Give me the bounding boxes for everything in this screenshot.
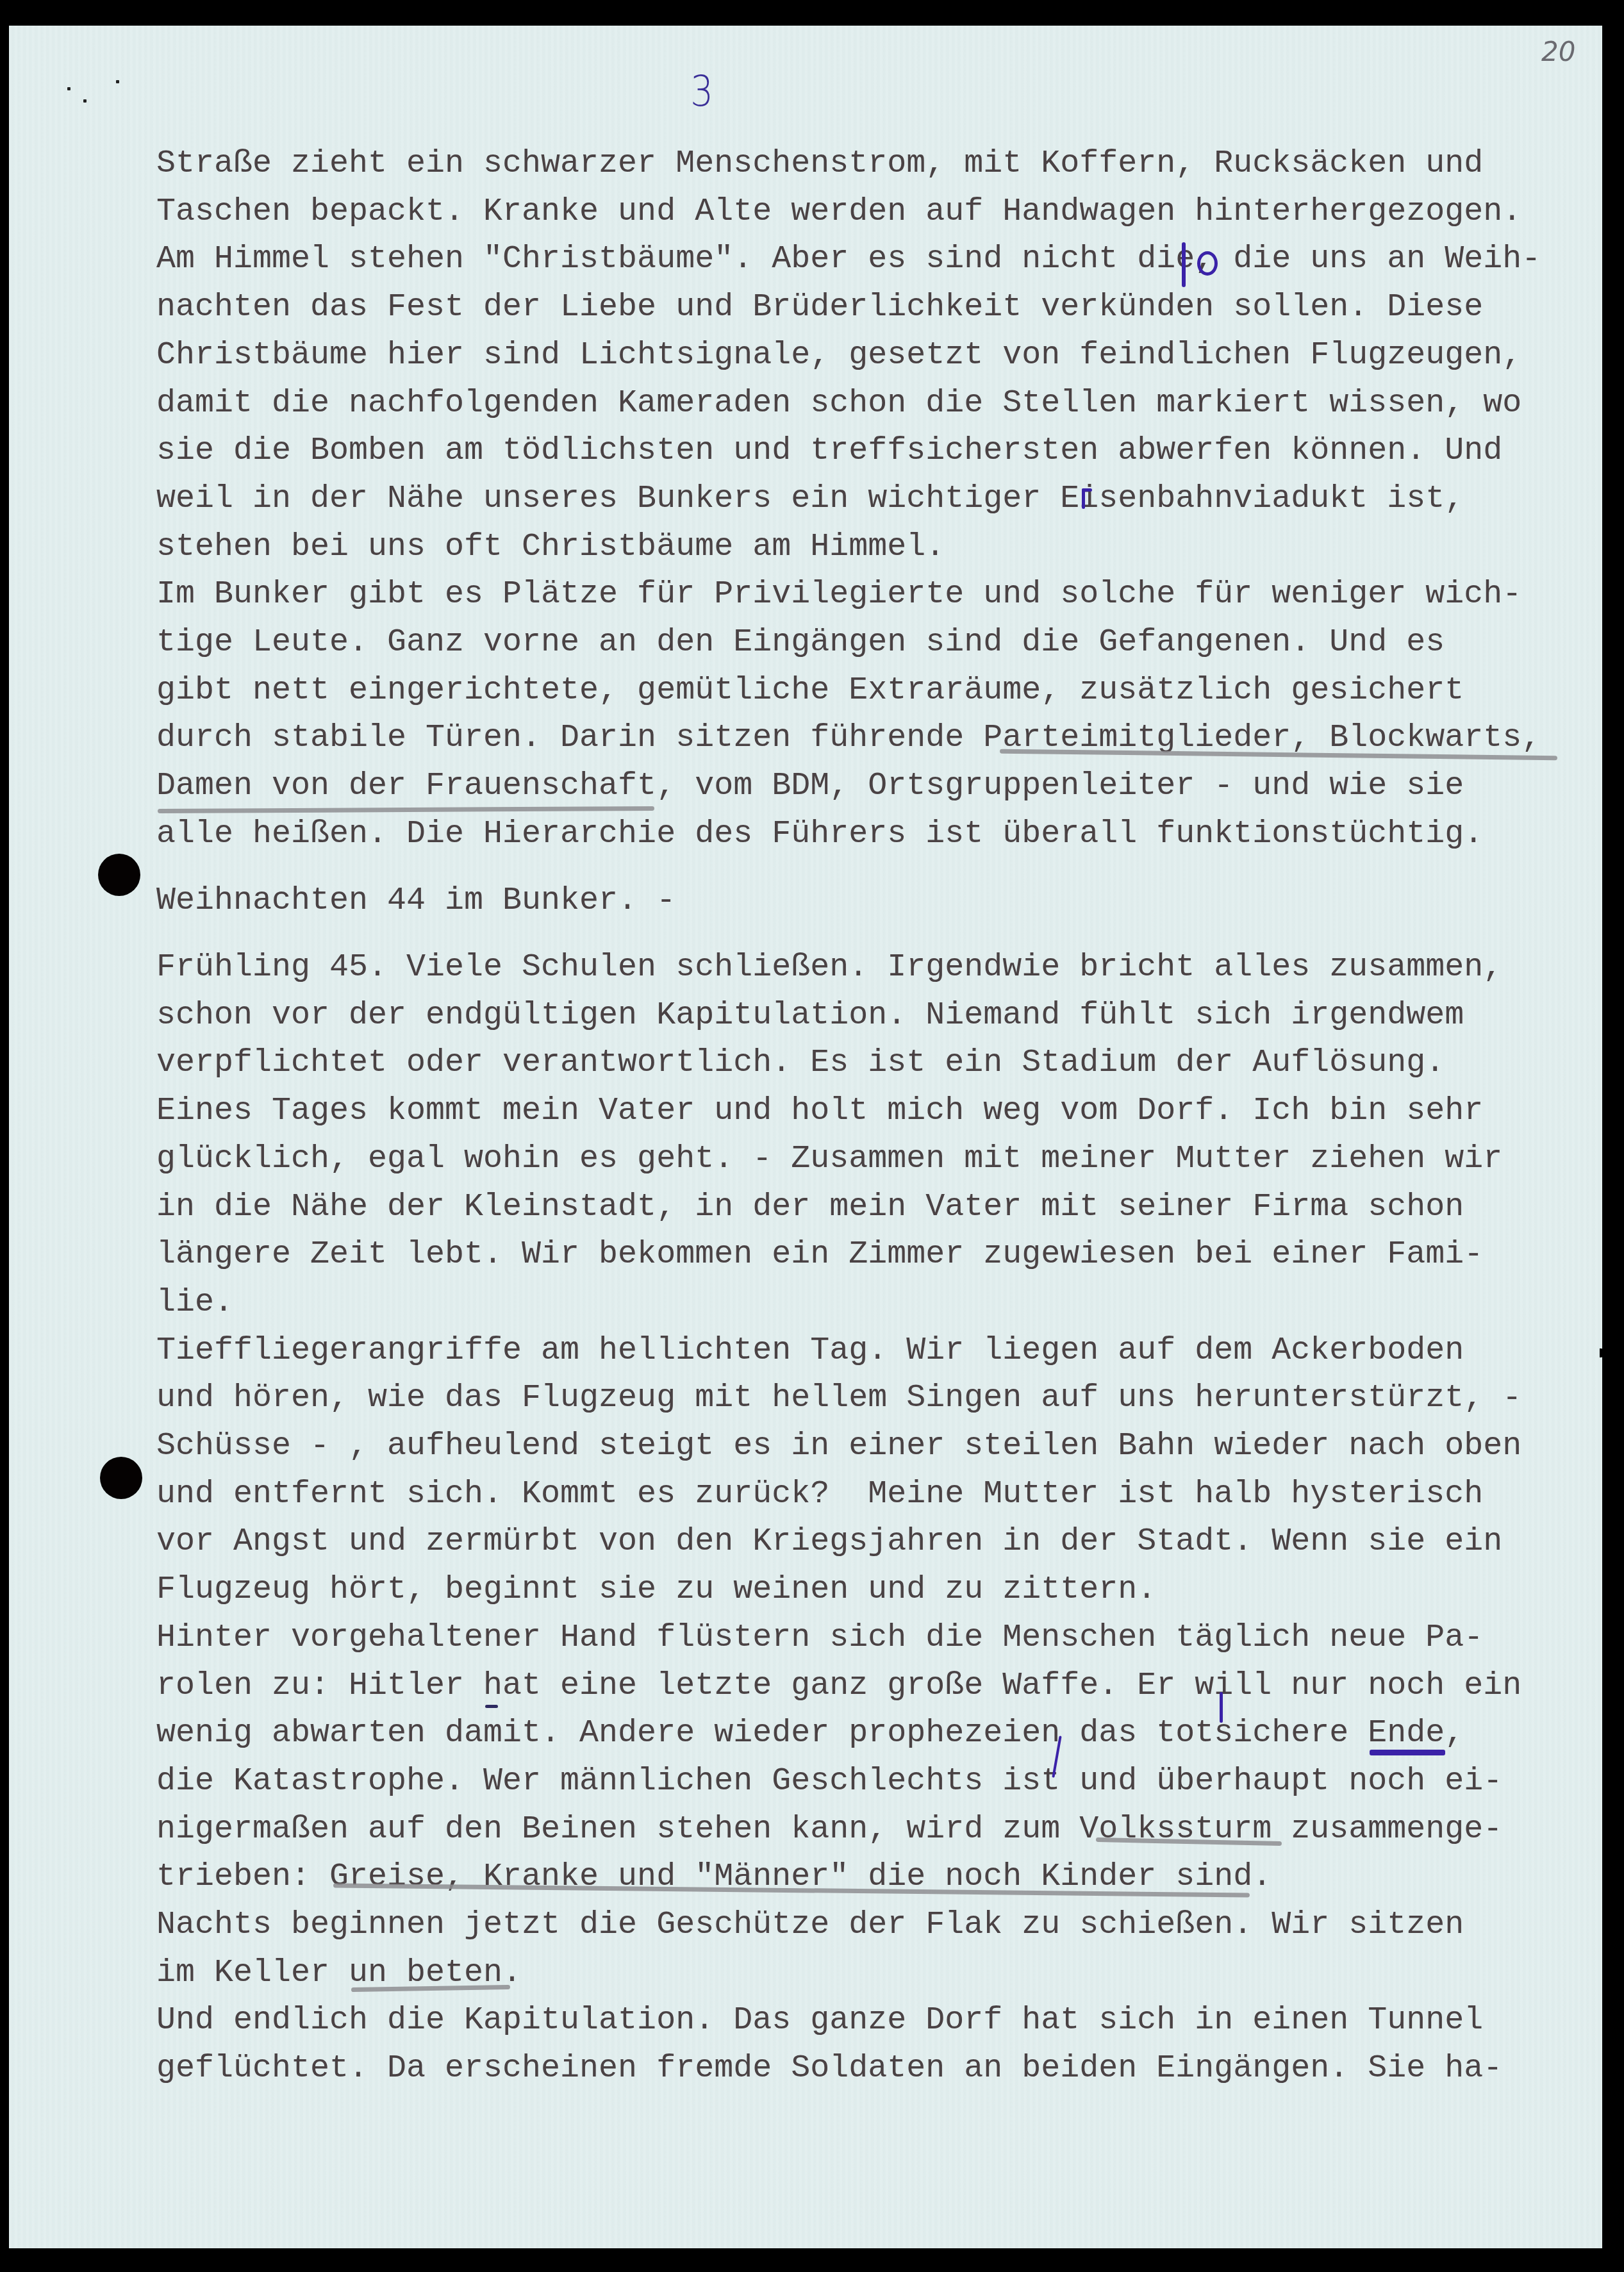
typed-line: geflüchtet. Da erscheinen fremde Soldate… [156,2050,1502,2088]
ink-correction-tot [1220,1692,1223,1723]
typed-line: schon vor der endgültigen Kapitulation. … [156,997,1464,1035]
margin-speck [83,99,87,103]
typed-line: Tieffliegerangriffe am hellichten Tag. W… [156,1332,1464,1370]
ink-correction-die-loop [1197,251,1218,276]
ink-correction-die [1182,242,1186,287]
typed-line: Nachts beginnen jetzt die Geschütze der … [156,1906,1464,1944]
typed-line: Hinter vorgehaltener Hand flüstern sich … [156,1619,1483,1657]
typed-line: tige Leute. Ganz vorne an den Eingängen … [156,624,1445,662]
typed-line: lie. [156,1284,233,1322]
typed-line: Eines Tages kommt mein Vater und holt mi… [156,1092,1483,1131]
typed-line: sie die Bomben am tödlichsten und treffs… [156,432,1502,470]
typed-line: Flugzeug hört, beginnt sie zu weinen und… [156,1571,1156,1609]
typed-line: wenig abwarten damit. Andere wieder prop… [156,1714,1464,1753]
handwritten-section-number: 3 [690,67,713,116]
typed-line: Christbäume hier sind Lichtsignale, gese… [156,336,1521,375]
typed-line: vor Angst und zermürbt von den Kriegsjah… [156,1523,1502,1561]
typed-line: stehen bei uns oft Christbäume am Himmel… [156,528,945,567]
typed-line: Frühling 45. Viele Schulen schließen. Ir… [156,949,1502,987]
typed-line: Damen von der Frauenschaft, vom BDM, Ort… [156,767,1464,806]
punch-hole-top [98,854,140,896]
typed-line: glücklich, egal wohin es geht. - Zusamme… [156,1140,1502,1179]
ink-strike-noch [1370,1750,1445,1755]
typed-line: Im Bunker gibt es Plätze für Privilegier… [156,576,1521,614]
typed-line: rolen zu: Hitler hat eine letzte ganz gr… [156,1667,1521,1705]
typed-line: Straße zieht ein schwarzer Menschenstrom… [156,145,1483,183]
typed-line: durch stabile Türen. Darin sitzen führen… [156,719,1541,758]
typed-line: Und endlich die Kapitulation. Das ganze … [156,2002,1483,2040]
typed-line: und hören, wie das Flugzeug mit hellem S… [156,1379,1521,1418]
typed-line: nachten das Fest der Liebe und Brüderlic… [156,288,1483,327]
typed-line: längere Zeit lebt. Wir bekommen ein Zimm… [156,1236,1483,1274]
handwritten-page-number: 20 [1541,36,1575,67]
typed-line: alle heißen. Die Hierarchie des Führers … [156,815,1483,854]
typed-line: weil in der Nähe unseres Bunkers ein wic… [156,480,1464,518]
ink-mark-damit [485,1705,498,1708]
margin-speck [67,87,70,90]
ink-insert-r-hook [1082,488,1092,492]
punch-hole-bottom [100,1457,142,1499]
typed-line: Weihnachten 44 im Bunker. - [156,882,675,920]
typed-line: in die Nähe der Kleinstadt, in der mein … [156,1188,1464,1227]
typed-line: Am Himmel stehen "Christbäume". Aber es … [156,240,1541,279]
typed-line: verpflichtet oder verantwortlich. Es ist… [156,1044,1445,1082]
typed-line: damit die nachfolgenden Kameraden schon … [156,385,1521,423]
paper-edge-nick [1600,1348,1605,1357]
typed-line: Schüsse - , aufheulend steigt es in eine… [156,1427,1521,1466]
typed-line: und entfernt sich. Kommt es zurück? Mein… [156,1475,1483,1514]
typed-line: gibt nett eingerichtete, gemütliche Extr… [156,672,1464,710]
typed-line: Taschen bepackt. Kranke und Alte werden … [156,193,1521,231]
typed-line: nigermaßen auf den Beinen stehen kann, w… [156,1811,1502,1849]
margin-speck [116,80,119,83]
typed-line: die Katastrophe. Wer männlichen Geschlec… [156,1762,1502,1801]
